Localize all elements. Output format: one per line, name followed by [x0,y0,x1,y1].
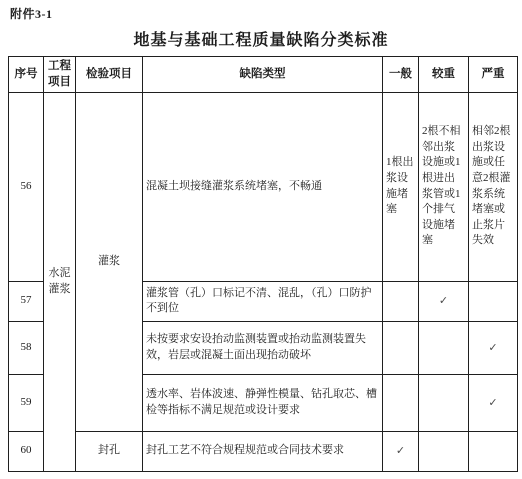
moderate-cell [419,431,469,471]
general-cell [383,281,419,321]
col-header-project: 工程项目 [44,57,76,93]
col-header-general: 一般 [383,57,419,93]
table-row: 56 水泥灌浆 灌浆 混凝土坝接缝灌浆系统堵塞，不畅通 1根出浆设施堵塞 2根不… [9,92,518,281]
project-group-cell: 水泥灌浆 [44,92,76,471]
row-index: 58 [9,321,44,374]
general-check-cell: ✓ [383,431,419,471]
attachment-label: 附件3-1 [10,5,53,22]
table-row: 60 封孔 封孔工艺不符合规程规范或合同技术要求 ✓ [9,431,518,471]
moderate-cell [419,321,469,374]
row-index: 57 [9,281,44,321]
defect-type-cell: 透水率、岩体波速、静弹性模量、钻孔取芯、槽检等指标不满足规范或设计要求 [143,374,383,431]
moderate-cell: 2根不相邻出浆设施或1根进出浆管或1个排气设施堵塞 [419,92,469,281]
col-header-moderate: 较重 [419,57,469,93]
table-header-row: 序号 工程项目 检验项目 缺陷类型 一般 较重 严重 [9,57,518,93]
severe-cell: 相邻2根出浆设施或任意2根灌浆系统堵塞或止浆片失效 [469,92,518,281]
general-cell [383,374,419,431]
col-header-inspection: 检验项目 [76,57,143,93]
severe-cell [469,431,518,471]
col-header-index: 序号 [9,57,44,93]
row-index: 56 [9,92,44,281]
severe-cell [469,281,518,321]
col-header-severe: 严重 [469,57,518,93]
defect-classification-table: 序号 工程项目 检验项目 缺陷类型 一般 较重 严重 56 水泥灌浆 灌浆 混凝… [8,56,518,472]
col-header-defect-type: 缺陷类型 [143,57,383,93]
severe-check-cell: ✓ [469,321,518,374]
row-index: 59 [9,374,44,431]
defect-type-cell: 灌浆管（孔）口标记不清、混乱，（孔）口防护不到位 [143,281,383,321]
severe-check-cell: ✓ [469,374,518,431]
moderate-cell [419,374,469,431]
general-cell [383,321,419,374]
defect-type-cell: 混凝土坝接缝灌浆系统堵塞，不畅通 [143,92,383,281]
inspection-group-sealing-cell: 封孔 [76,431,143,471]
inspection-group-grouting-cell: 灌浆 [76,92,143,431]
general-cell: 1根出浆设施堵塞 [383,92,419,281]
defect-type-cell: 封孔工艺不符合规程规范或合同技术要求 [143,431,383,471]
moderate-check-cell: ✓ [419,281,469,321]
defect-type-cell: 未按要求安设抬动监测装置或抬动监测装置失效，岩层或混凝土面出现抬动破坏 [143,321,383,374]
page-title: 地基与基础工程质量缺陷分类标准 [0,27,522,50]
row-index: 60 [9,431,44,471]
